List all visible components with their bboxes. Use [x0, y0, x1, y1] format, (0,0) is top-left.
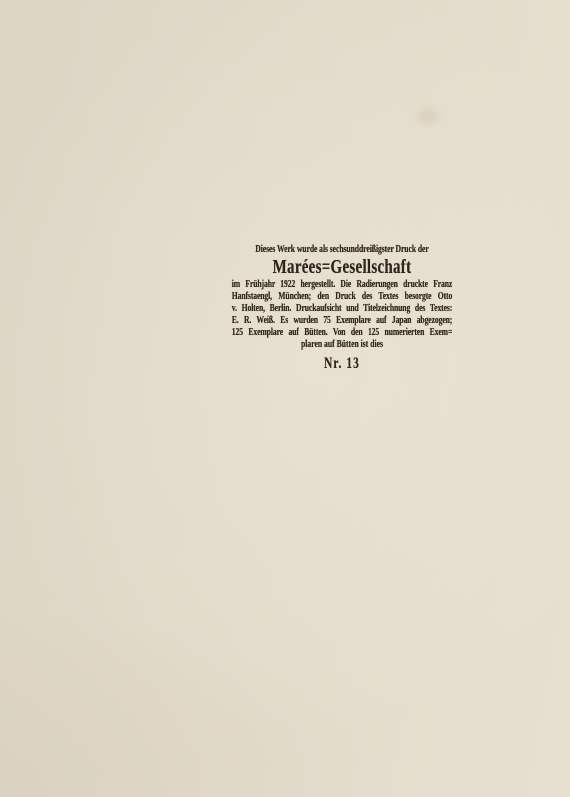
society-title: Marées=Gesellschaft — [232, 256, 452, 279]
colophon-body-line: Hanfstaengl, München; den Druck des Text… — [232, 291, 452, 303]
colophon-body-line: E. R. Weiß. Es wurden 75 Exemplare auf J… — [232, 315, 452, 327]
colophon-block: Dieses Werk wurde als sechsunddreißigste… — [232, 243, 452, 373]
colophon-body-line: v. Holten, Berlin. Druckaufsicht und Tit… — [232, 303, 452, 315]
colophon-closing-line: plaren auf Bütten ist dies — [232, 339, 452, 351]
colophon-body-line: im Frühjahr 1922 hergestellt. Die Radier… — [232, 279, 452, 291]
show-through-mark — [408, 100, 448, 132]
colophon-intro-line: Dieses Werk wurde als sechsunddreißigste… — [232, 243, 452, 256]
colophon-body-line: 125 Exemplare auf Bütten. Von den 125 nu… — [232, 327, 452, 339]
paper-tone-overlay — [0, 0, 570, 797]
book-page: Dieses Werk wurde als sechsunddreißigste… — [0, 0, 570, 797]
edition-number: Nr. 13 — [232, 354, 452, 373]
